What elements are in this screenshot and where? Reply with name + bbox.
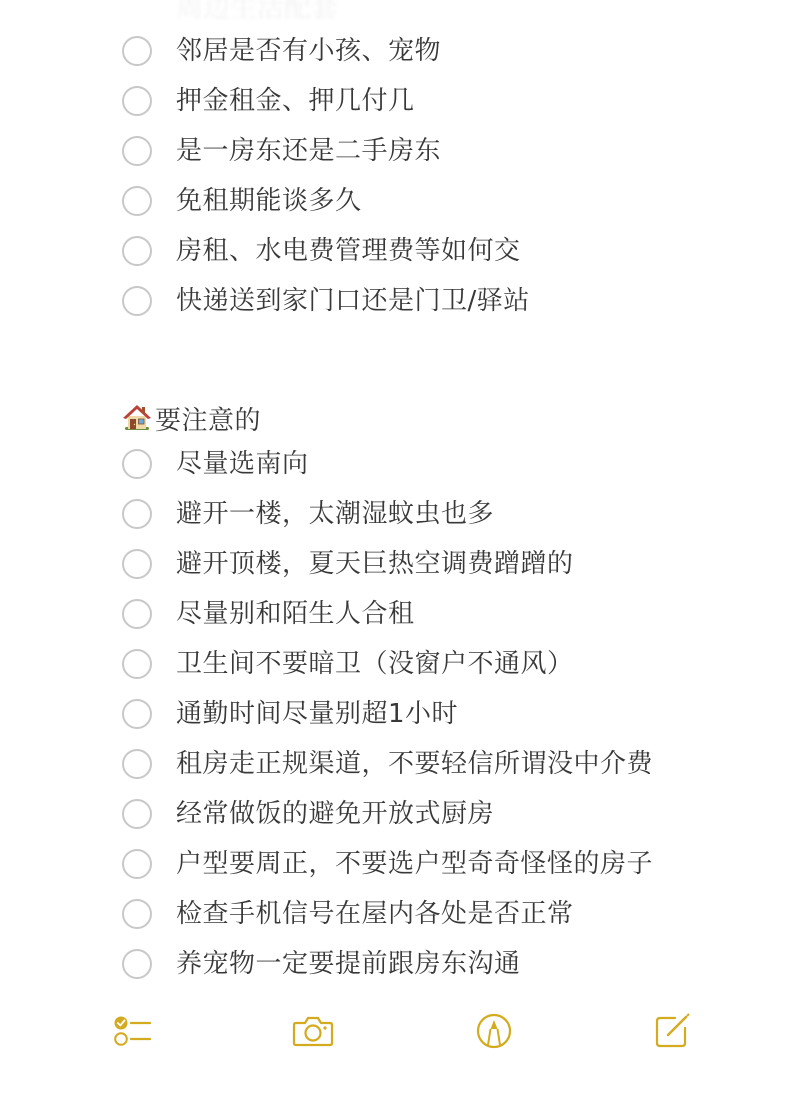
checkbox[interactable] bbox=[122, 499, 152, 529]
checkbox[interactable] bbox=[122, 899, 152, 929]
camera-button[interactable] bbox=[291, 1011, 335, 1051]
checkbox[interactable] bbox=[122, 599, 152, 629]
checkbox[interactable] bbox=[122, 849, 152, 879]
checkbox[interactable] bbox=[122, 449, 152, 479]
checklist-item[interactable]: 租房走正规渠道，不要轻信所谓没中介费 bbox=[122, 739, 653, 789]
checkbox[interactable] bbox=[122, 186, 152, 216]
checklist-item[interactable]: 是一房东还是二手房东 bbox=[122, 126, 441, 176]
checkbox[interactable] bbox=[122, 799, 152, 829]
checklist-item[interactable]: 卫生间不要暗卫（没窗户不通风） bbox=[122, 639, 574, 689]
checklist-item-label: 户型要周正，不要选户型奇奇怪怪的房子 bbox=[176, 839, 653, 889]
checklist-item-label: 房租、水电费管理费等如何交 bbox=[176, 226, 521, 276]
checklist-item-label: 卫生间不要暗卫（没窗户不通风） bbox=[176, 639, 574, 689]
checklist-item[interactable]: 快递送到家门口还是门卫/驿站 bbox=[122, 276, 530, 326]
checkbox[interactable] bbox=[122, 949, 152, 979]
checklist-item[interactable]: 尽量别和陌生人合租 bbox=[122, 589, 415, 639]
section-heading: 要注意的 bbox=[121, 398, 261, 438]
camera-icon bbox=[292, 1014, 334, 1048]
checklist-icon bbox=[112, 1013, 152, 1049]
section-heading-text: 要注意的 bbox=[155, 400, 261, 437]
checklist-item[interactable]: 经常做饭的避免开放式厨房 bbox=[122, 789, 494, 839]
checklist-item[interactable]: 免租期能谈多久 bbox=[122, 176, 362, 226]
checkbox[interactable] bbox=[122, 549, 152, 579]
checkbox[interactable] bbox=[122, 236, 152, 266]
checkbox[interactable] bbox=[122, 749, 152, 779]
checkbox[interactable] bbox=[122, 286, 152, 316]
checklist-item-label: 是一房东还是二手房东 bbox=[176, 126, 441, 176]
checklist-item-label: 通勤时间尽量别超1小时 bbox=[176, 689, 458, 739]
checkbox[interactable] bbox=[122, 699, 152, 729]
checkbox[interactable] bbox=[122, 136, 152, 166]
compose-button[interactable] bbox=[650, 1011, 694, 1051]
checklist-item[interactable]: 押金租金、押几付几 bbox=[122, 76, 415, 126]
faded-cutoff-text: 周边生活配套 bbox=[176, 0, 338, 25]
checklist-item[interactable]: 房租、水电费管理费等如何交 bbox=[122, 226, 521, 276]
checklist-item-label: 租房走正规渠道，不要轻信所谓没中介费 bbox=[176, 739, 653, 789]
checklist-item[interactable]: 养宠物一定要提前跟房东沟通 bbox=[122, 939, 521, 989]
checklist-item[interactable]: 邻居是否有小孩、宠物 bbox=[122, 26, 441, 76]
markup-pen-icon bbox=[475, 1012, 513, 1050]
checklist-item-label: 押金租金、押几付几 bbox=[176, 76, 415, 126]
bottom-toolbar bbox=[0, 1005, 800, 1057]
house-icon bbox=[121, 402, 153, 434]
checklist-item-label: 避开一楼，太潮湿蚊虫也多 bbox=[176, 489, 494, 539]
checklist-item-label: 避开顶楼，夏天巨热空调费蹭蹭的 bbox=[176, 539, 574, 589]
checklist-item-label: 经常做饭的避免开放式厨房 bbox=[176, 789, 494, 839]
checklist-item-label: 检查手机信号在屋内各处是否正常 bbox=[176, 889, 574, 939]
checklist-item[interactable]: 检查手机信号在屋内各处是否正常 bbox=[122, 889, 574, 939]
markup-button[interactable] bbox=[472, 1011, 516, 1051]
checklist-item[interactable]: 尽量选南向 bbox=[122, 439, 309, 489]
checklist-item-label: 免租期能谈多久 bbox=[176, 176, 362, 226]
checkbox[interactable] bbox=[122, 649, 152, 679]
checkbox[interactable] bbox=[122, 86, 152, 116]
checklist-item[interactable]: 户型要周正，不要选户型奇奇怪怪的房子 bbox=[122, 839, 653, 889]
checklist-item-label: 邻居是否有小孩、宠物 bbox=[176, 26, 441, 76]
checklist-item-label: 尽量别和陌生人合租 bbox=[176, 589, 415, 639]
checklist-item-label: 快递送到家门口还是门卫/驿站 bbox=[176, 276, 530, 326]
checklist-button[interactable] bbox=[110, 1011, 154, 1051]
checklist-item[interactable]: 避开顶楼，夏天巨热空调费蹭蹭的 bbox=[122, 539, 574, 589]
checklist-item-label: 尽量选南向 bbox=[176, 439, 309, 489]
compose-icon bbox=[653, 1012, 691, 1050]
checklist-item[interactable]: 通勤时间尽量别超1小时 bbox=[122, 689, 458, 739]
checklist-item-label: 养宠物一定要提前跟房东沟通 bbox=[176, 939, 521, 989]
checklist-item[interactable]: 避开一楼，太潮湿蚊虫也多 bbox=[122, 489, 494, 539]
checkbox[interactable] bbox=[122, 36, 152, 66]
